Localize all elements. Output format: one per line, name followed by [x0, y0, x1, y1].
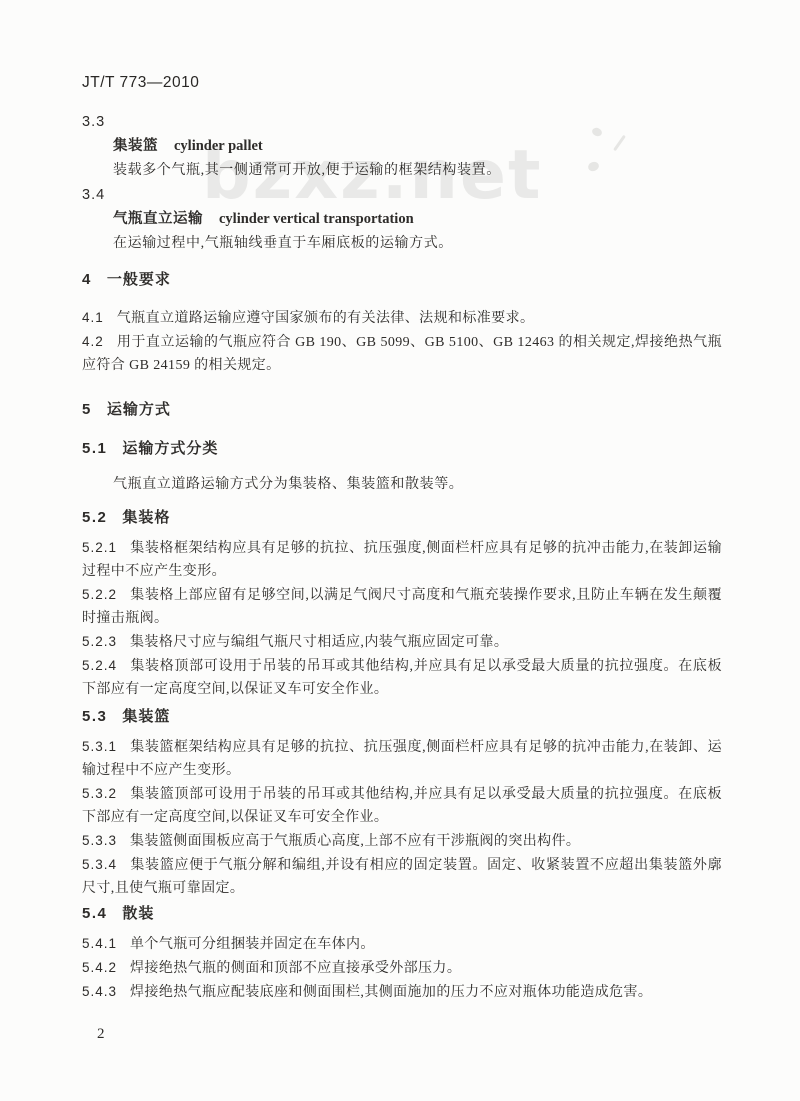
clause-text: 集装篮应便于气瓶分解和编组,并设有相应的固定装置。固定、收紧装置不应超出集装篮外…	[82, 858, 722, 896]
standard-code-header: JT/T 773—2010	[82, 73, 722, 93]
subsection-number: 5.2	[82, 509, 107, 526]
section-heading: 5运输方式	[82, 397, 722, 423]
document-body: JT/T 773—2010 3.3 集装篮cylinder pallet 装载多…	[82, 73, 722, 1004]
clause-paragraph: 5.3.1集装篮框架结构应具有足够的抗拉、抗压强度,侧面栏杆应具有足够的抗冲击能…	[82, 735, 722, 782]
clause-paragraph: 4.2用于直立运输的气瓶应符合 GB 190、GB 5099、GB 5100、G…	[82, 330, 722, 377]
clause-paragraph: 5.2.1集装格框架结构应具有足够的抗拉、抗压强度,侧面栏杆应具有足够的抗冲击能…	[82, 536, 722, 583]
clause-number: 4.1	[82, 310, 104, 325]
clause-number: 5.3.4	[82, 857, 117, 872]
lead-paragraph: 气瓶直立道路运输方式分为集装格、集装篮和散装等。	[82, 473, 722, 496]
section-title: 一般要求	[107, 272, 171, 288]
subsection-title: 散装	[122, 906, 154, 922]
section-title: 运输方式	[107, 402, 171, 418]
clause-paragraph: 5.4.1单个气瓶可分组捆装并固定在车体内。	[82, 932, 722, 956]
clause-text: 集装篮框架结构应具有足够的抗拉、抗压强度,侧面栏杆应具有足够的抗冲击能力,在装卸…	[82, 740, 722, 778]
clause-text: 集装篮顶部可设用于吊装的吊耳或其他结构,并应具有足以承受最大质量的抗拉强度。在底…	[82, 787, 722, 825]
section-heading: 4一般要求	[82, 267, 722, 293]
clause-text: 集装格上部应留有足够空间,以满足气阀尺寸高度和气瓶充装操作要求,且防止车辆在发生…	[82, 588, 722, 626]
clause-paragraph: 5.4.3焊接绝热气瓶应配装底座和侧面围栏,其侧面施加的压力不应对瓶体功能造成危…	[82, 980, 722, 1004]
clause-text: 焊接绝热气瓶应配装底座和侧面围栏,其侧面施加的压力不应对瓶体功能造成危害。	[130, 985, 652, 1000]
clause-text: 单个气瓶可分组捆装并固定在车体内。	[130, 937, 375, 952]
clause-number: 5.4.2	[82, 960, 117, 975]
section-number: 5	[82, 401, 92, 418]
clause-text: 气瓶直立道路运输应遵守国家颁布的有关法律、法规和标准要求。	[117, 311, 535, 326]
subsection-number: 5.1	[82, 440, 107, 457]
clause-paragraph: 5.3.3集装篮侧面围板应高于气瓶质心高度,上部不应有干涉瓶阀的突出构件。	[82, 829, 722, 853]
clause-paragraph: 5.2.3集装格尺寸应与编组气瓶尺寸相适应,内装气瓶应固定可靠。	[82, 630, 722, 654]
term-entry: 气瓶直立运输cylinder vertical transportation	[82, 207, 722, 232]
clause-paragraph: 5.2.2集装格上部应留有足够空间,以满足气阀尺寸高度和气瓶充装操作要求,且防止…	[82, 583, 722, 630]
clause-paragraph: 4.1气瓶直立道路运输应遵守国家颁布的有关法律、法规和标准要求。	[82, 306, 722, 330]
clause-number: 5.2.1	[82, 540, 117, 555]
term-definition: 在运输过程中,气瓶轴线垂直于车厢底板的运输方式。	[82, 232, 722, 256]
clause-number: 5.3.1	[82, 739, 117, 754]
clause-text: 焊接绝热气瓶的侧面和顶部不应直接承受外部压力。	[130, 961, 461, 976]
term-clause-number: 3.4	[82, 183, 722, 207]
clause-number: 5.2.4	[82, 658, 117, 673]
clause-number: 5.4.3	[82, 984, 117, 999]
subsection-heading: 5.4散装	[82, 901, 722, 927]
subsection-heading: 5.3集装篮	[82, 704, 722, 730]
clause-paragraph: 5.3.2集装篮顶部可设用于吊装的吊耳或其他结构,并应具有足以承受最大质量的抗拉…	[82, 782, 722, 829]
term-chinese: 集装篮	[113, 138, 158, 154]
clause-number: 5.2.2	[82, 587, 117, 602]
clause-paragraph: 5.3.4集装篮应便于气瓶分解和编组,并设有相应的固定装置。固定、收紧装置不应超…	[82, 853, 722, 900]
term-definition: 装载多个气瓶,其一侧通常可开放,便于运输的框架结构装置。	[82, 159, 722, 183]
clause-number: 5.3.3	[82, 833, 117, 848]
subsection-title: 运输方式分类	[122, 441, 218, 457]
clause-text: 集装格尺寸应与编组气瓶尺寸相适应,内装气瓶应固定可靠。	[130, 635, 508, 650]
clause-text: 集装格顶部可设用于吊装的吊耳或其他结构,并应具有足以承受最大质量的抗拉强度。在底…	[82, 659, 722, 697]
clause-number: 4.2	[82, 334, 104, 349]
scanned-standard-page: bzxz.net JT/T 773—2010 3.3 集装篮cylinder p…	[0, 0, 800, 1101]
subsection-title: 集装篮	[122, 709, 170, 725]
subsection-title: 集装格	[122, 510, 170, 526]
term-english: cylinder pallet	[174, 138, 263, 154]
section-number: 4	[82, 271, 92, 288]
clause-number: 5.2.3	[82, 634, 117, 649]
clause-text: 集装格框架结构应具有足够的抗拉、抗压强度,侧面栏杆应具有足够的抗冲击能力,在装卸…	[82, 541, 722, 579]
clause-number: 5.4.1	[82, 936, 117, 951]
subsection-number: 5.4	[82, 905, 107, 922]
subsection-heading: 5.2集装格	[82, 505, 722, 531]
subsection-number: 5.3	[82, 708, 107, 725]
clause-number: 5.3.2	[82, 786, 117, 801]
term-entry: 集装篮cylinder pallet	[82, 134, 722, 159]
clause-paragraph: 5.4.2焊接绝热气瓶的侧面和顶部不应直接承受外部压力。	[82, 956, 722, 980]
clause-text: 用于直立运输的气瓶应符合 GB 190、GB 5099、GB 5100、GB 1…	[82, 335, 722, 373]
term-clause-number: 3.3	[82, 110, 722, 134]
term-english: cylinder vertical transportation	[219, 211, 414, 227]
term-chinese: 气瓶直立运输	[113, 211, 203, 227]
clause-paragraph: 5.2.4集装格顶部可设用于吊装的吊耳或其他结构,并应具有足以承受最大质量的抗拉…	[82, 654, 722, 701]
clause-text: 集装篮侧面围板应高于气瓶质心高度,上部不应有干涉瓶阀的突出构件。	[130, 834, 580, 849]
page-number: 2	[97, 1024, 105, 1044]
subsection-heading: 5.1运输方式分类	[82, 436, 722, 462]
